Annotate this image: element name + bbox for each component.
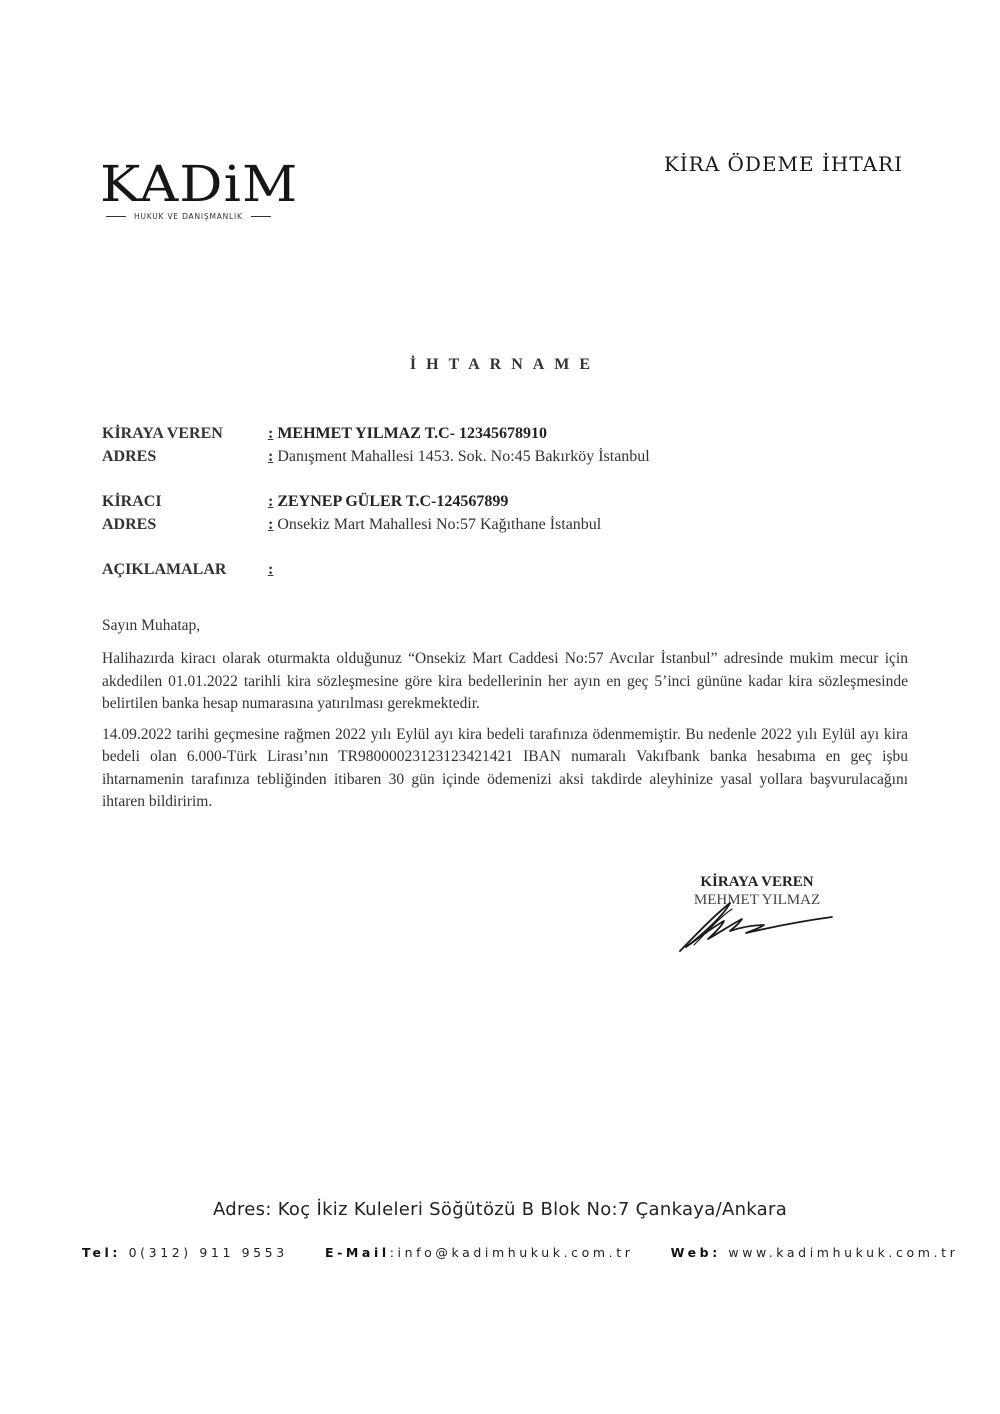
tenant-address-value: Onsekiz Mart Mahallesi No:57 Kağıthane İ… <box>277 515 601 535</box>
footer-contact: Tel: 0(312) 911 9553 E-Mail:info@kadimhu… <box>82 1245 932 1260</box>
salutation: Sayın Muhatap, <box>102 617 200 635</box>
tenant-label: KİRACI <box>102 492 268 512</box>
landlord-address-value: Danışment Mahallesi 1453. Sok. No:45 Bak… <box>277 447 649 467</box>
tenant-address-colon: : <box>268 515 273 535</box>
tenant-value: ZEYNEP GÜLER T.C-124567899 <box>277 492 508 512</box>
tel-value[interactable]: 0(312) 911 9553 <box>129 1245 288 1260</box>
logo-tagline: HUKUK VE DANIŞMANLIK <box>134 212 243 221</box>
letter-body: Halihazırda kiracı olarak oturmakta oldu… <box>102 648 908 822</box>
web-value[interactable]: www.kadimhukuk.com.tr <box>728 1245 958 1260</box>
tenant-address-label: ADRES <box>102 515 268 535</box>
notes-field: AÇIKLAMALAR : <box>102 560 277 580</box>
email-label: E-Mail <box>325 1245 390 1260</box>
handwritten-signature-icon <box>672 895 837 957</box>
notes-label: AÇIKLAMALAR <box>102 560 268 580</box>
signature-role: KİRAYA VEREN <box>672 873 842 891</box>
footer-address: Adres: Koç İkiz Kuleleri Söğütözü B Blok… <box>0 1199 1000 1220</box>
company-logo: KADiM HUKUK VE DANIŞMANLIK <box>100 158 305 221</box>
tagline-rule-right <box>251 216 271 217</box>
tenant-field: KİRACI : ZEYNEP GÜLER T.C-124567899 <box>102 492 508 512</box>
tel-label: Tel: <box>82 1245 121 1260</box>
web-label: Web: <box>671 1245 721 1260</box>
tenant-colon: : <box>268 492 273 512</box>
document-title: KİRA ÖDEME İHTARI <box>664 152 903 176</box>
tagline-rule-left <box>106 216 126 217</box>
landlord-value: MEHMET YILMAZ T.C- 12345678910 <box>277 424 547 444</box>
notes-colon: : <box>268 560 273 580</box>
landlord-label: KİRAYA VEREN <box>102 424 268 444</box>
landlord-address-label: ADRES <box>102 447 268 467</box>
tenant-address-field: ADRES : Onsekiz Mart Mahallesi No:57 Kağ… <box>102 515 601 535</box>
paragraph-demand: 14.09.2022 tarihi geçmesine rağmen 2022 … <box>102 724 908 814</box>
logo-tagline-row: HUKUK VE DANIŞMANLIK <box>100 212 305 221</box>
landlord-field: KİRAYA VEREN : MEHMET YILMAZ T.C- 123456… <box>102 424 547 444</box>
email-value[interactable]: :info@kadimhukuk.com.tr <box>390 1245 634 1260</box>
notice-heading: İHTARNAME <box>0 356 1000 374</box>
landlord-colon: : <box>268 424 273 444</box>
paragraph-contract: Halihazırda kiracı olarak oturmakta oldu… <box>102 648 908 716</box>
landlord-address-colon: : <box>268 447 273 467</box>
landlord-address-field: ADRES : Danışment Mahallesi 1453. Sok. N… <box>102 447 650 467</box>
logo-wordmark: KADiM <box>100 158 321 210</box>
